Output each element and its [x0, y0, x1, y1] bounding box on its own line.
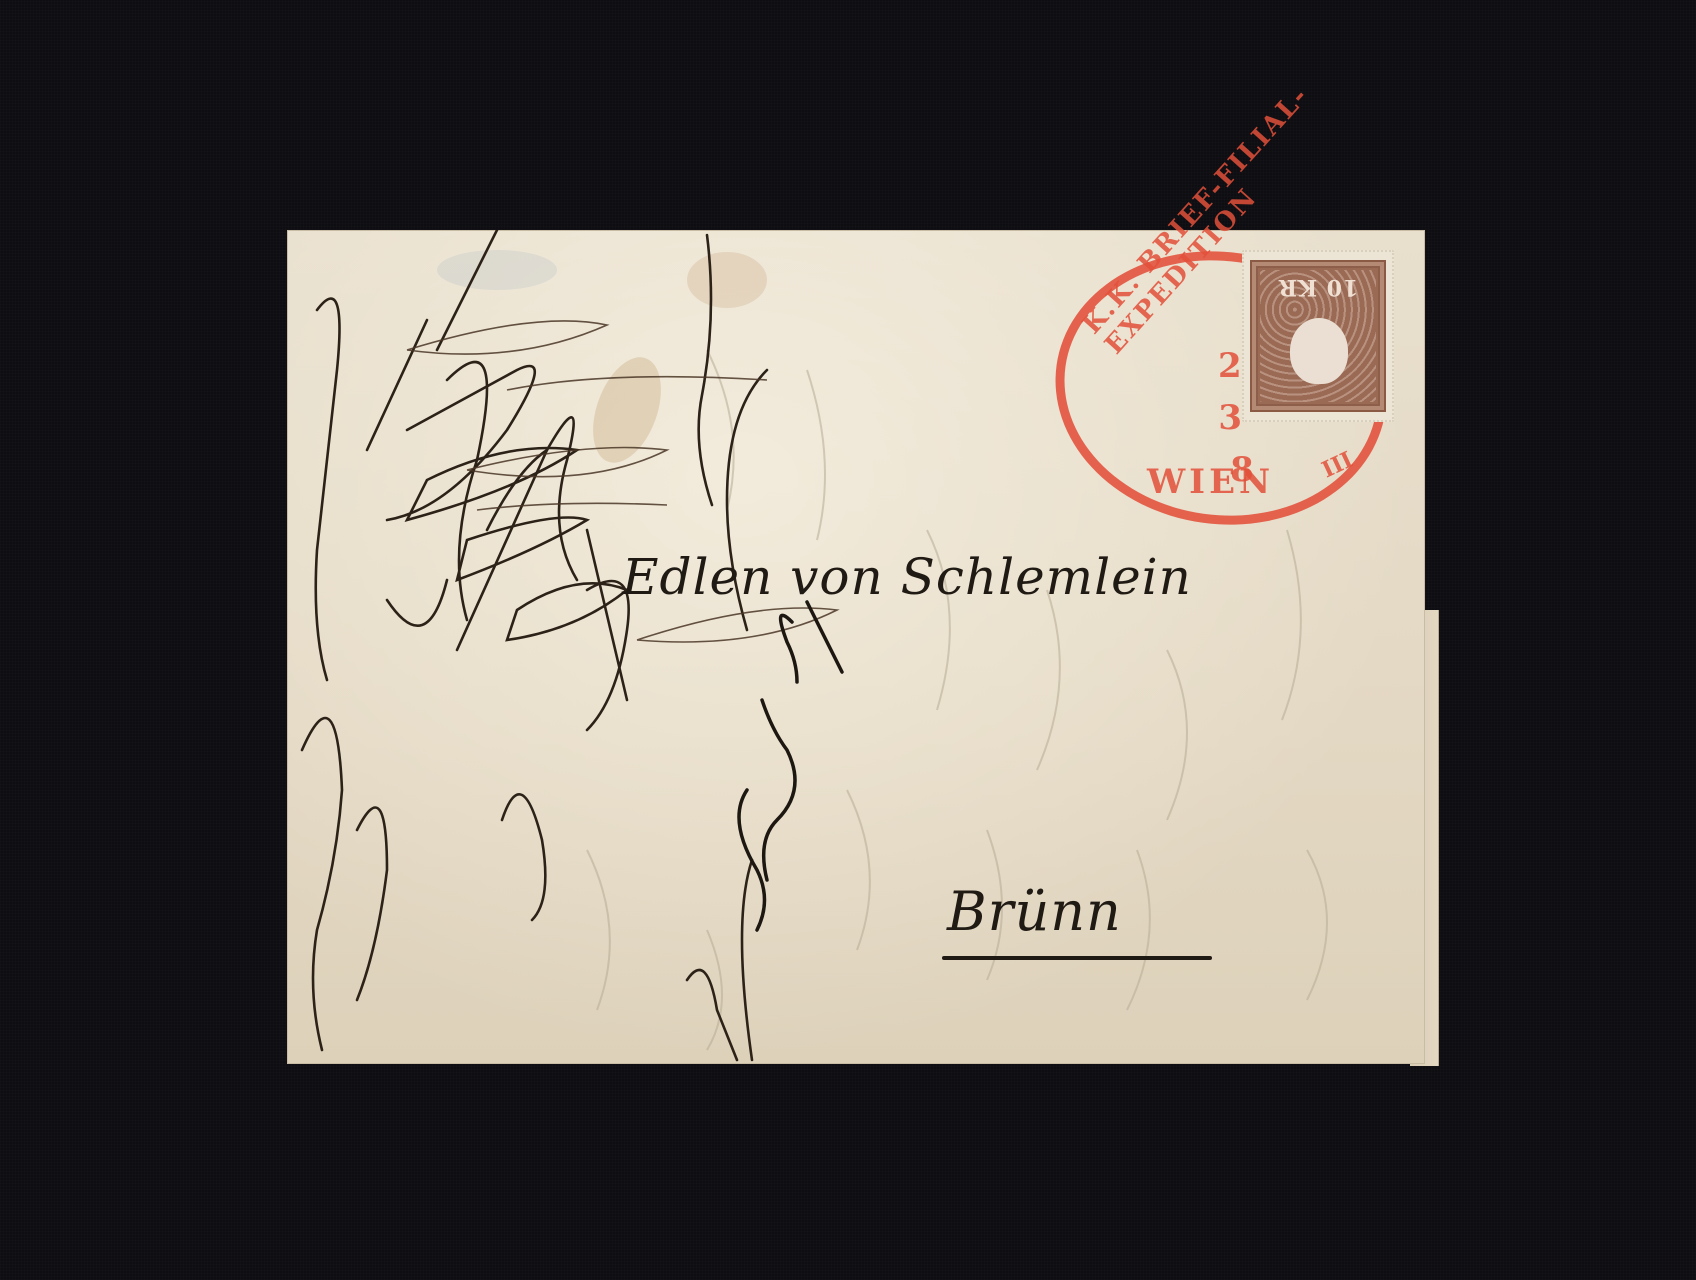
address-line-1: Edlen von Schlemlein: [622, 548, 1192, 606]
address-city: Brünn: [947, 880, 1122, 943]
postage-stamp: 10 KR: [1242, 250, 1394, 422]
stamp-value: 10 KR: [1252, 274, 1384, 300]
city-underline: [942, 956, 1212, 960]
postmark-city: WIEN: [1147, 462, 1274, 502]
letter-cover: Edlen von Schlemlein Gerichtsadvokaten B…: [287, 230, 1425, 1064]
stamp-design: 10 KR: [1250, 260, 1386, 412]
coat-of-arms-icon: [1290, 318, 1348, 384]
